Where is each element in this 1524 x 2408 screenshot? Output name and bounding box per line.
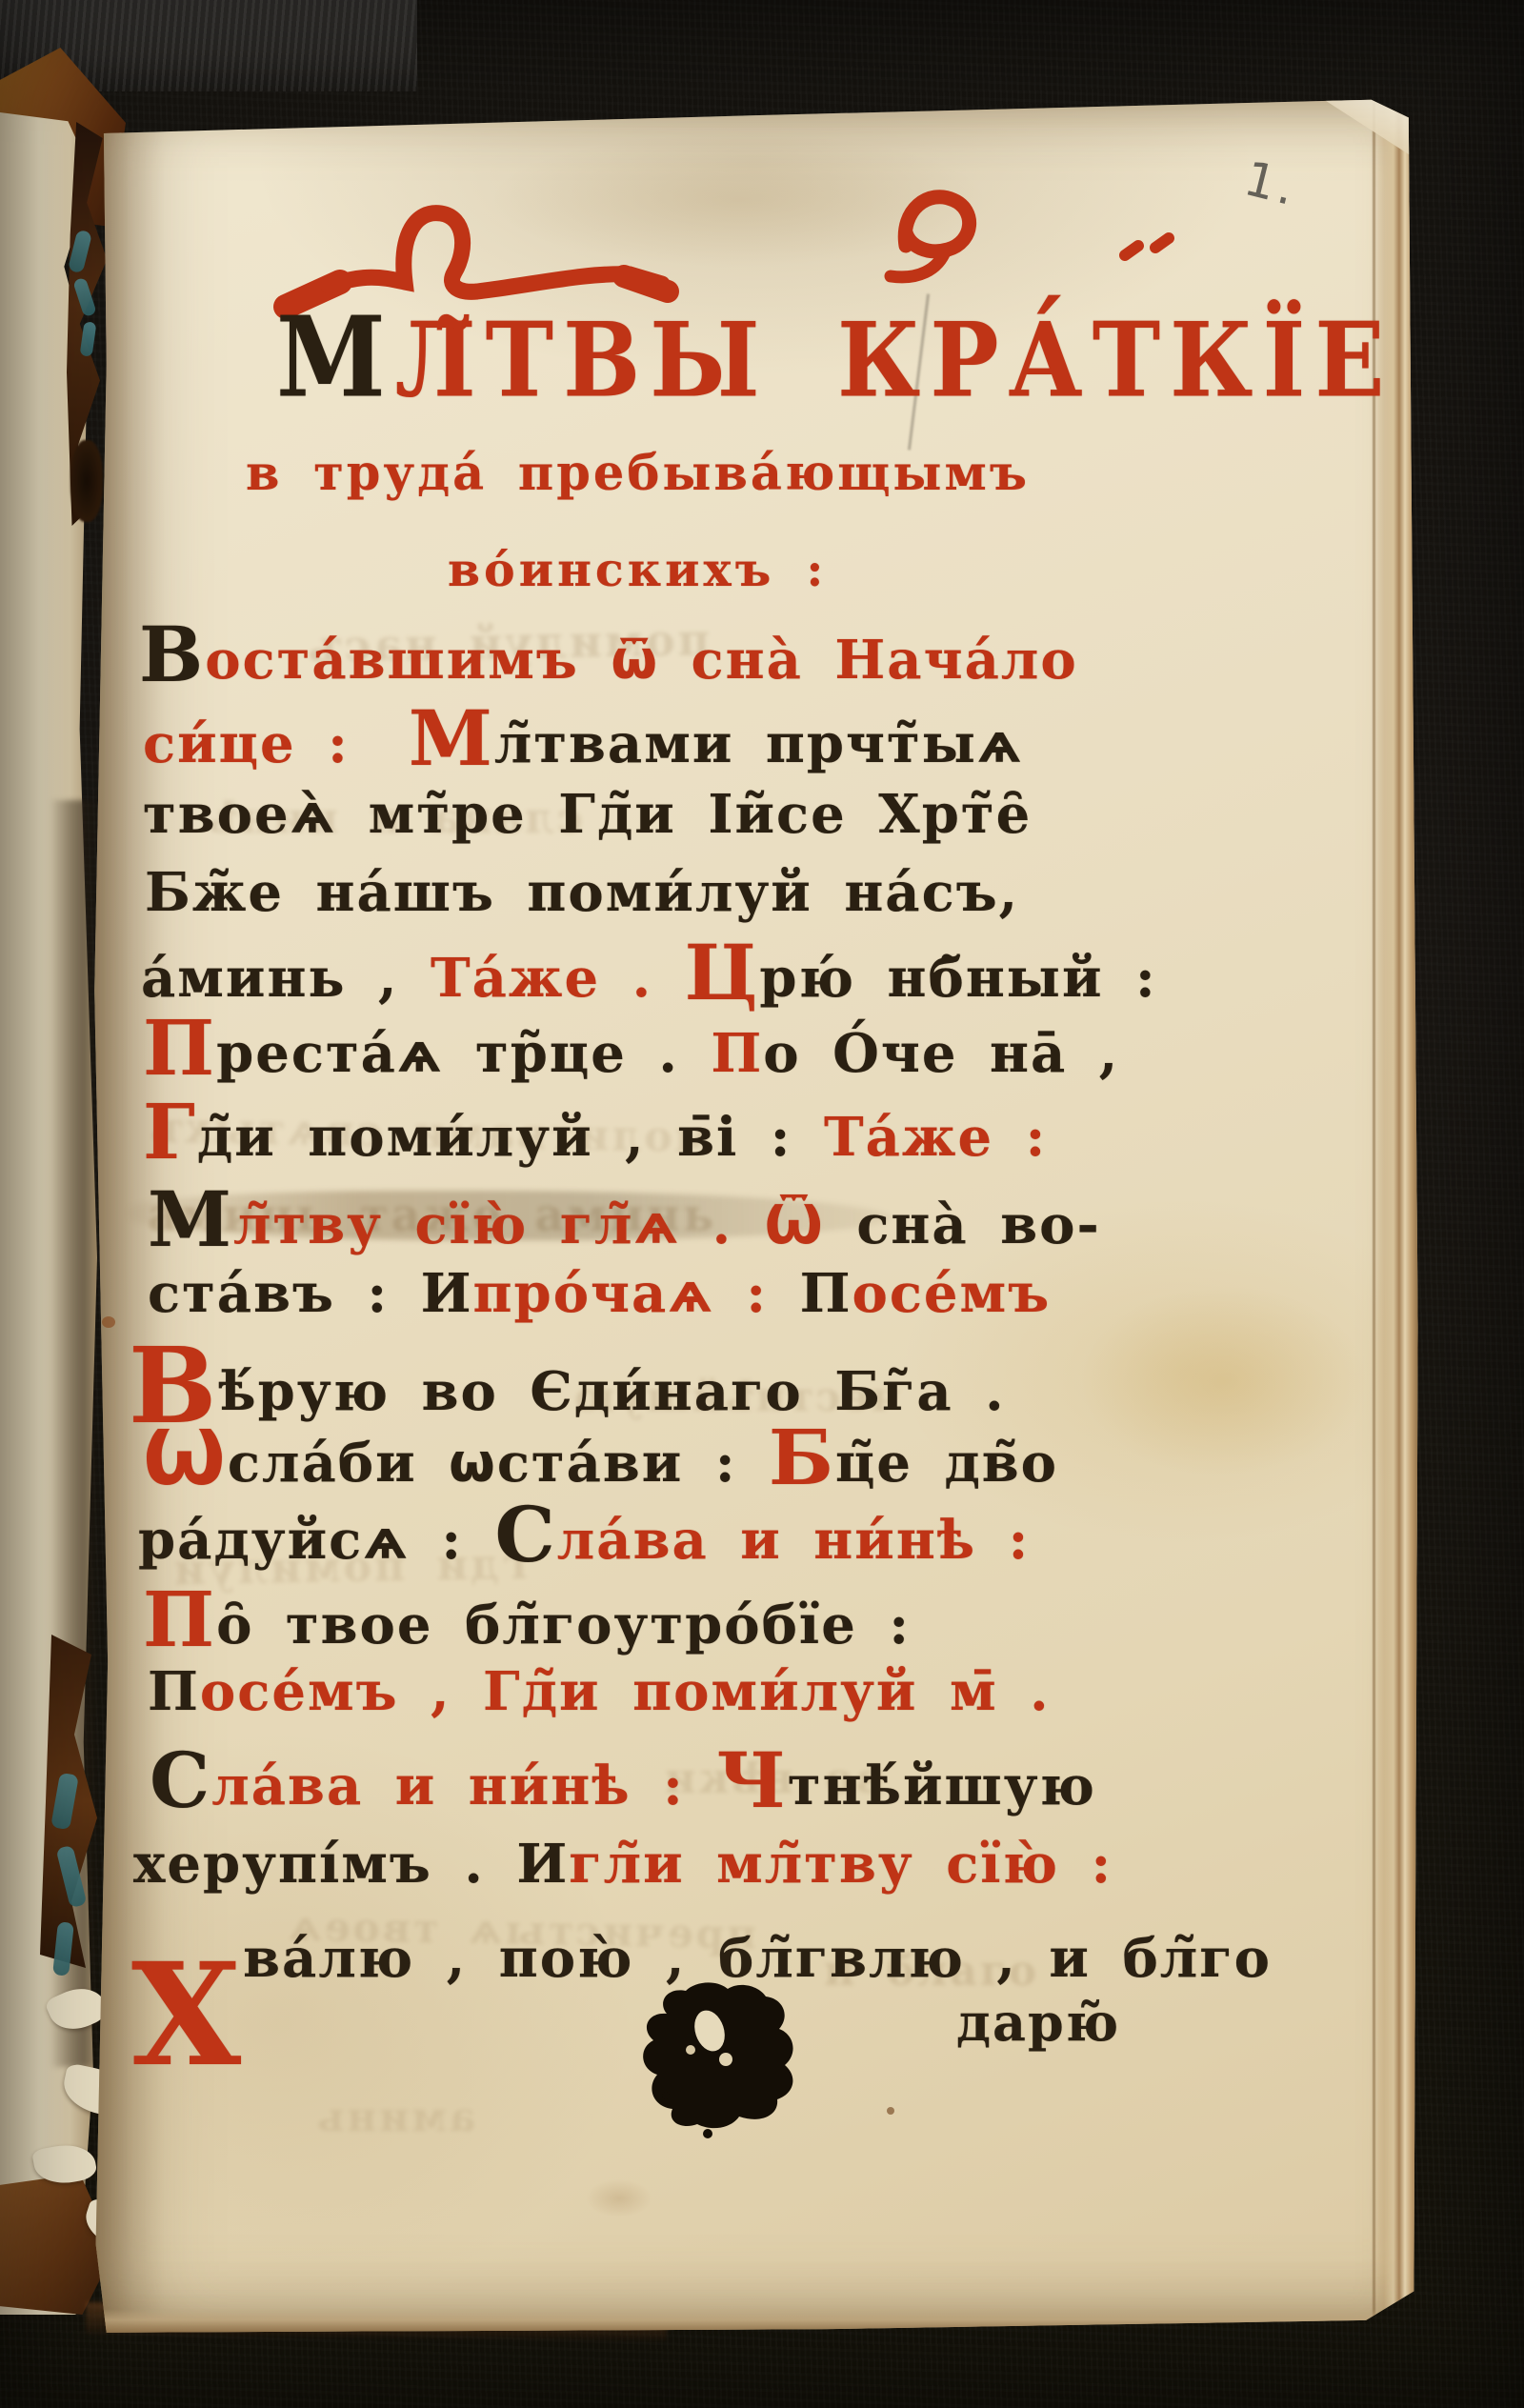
manuscript-line-line-16: херупі́мъ . Игл̃и мл̃тву сїю̀ : [133, 1837, 1113, 1891]
text-segment: П [143, 1003, 216, 1093]
text-segment: херупі́мъ . [133, 1833, 516, 1896]
text-segment: Та́же . [431, 947, 685, 1010]
manuscript-page: помилуй насъслава и нинѣмолитвами свѧтых… [90, 95, 1419, 2334]
text-segment: С [495, 1490, 557, 1579]
manuscript-line-subtitle-1: в труда́ пребыва́ющымъ [246, 450, 1030, 498]
manuscript-line-line-11: Ѡсла́би ѡста́ви : Бц̃е дв̃о [143, 1420, 1058, 1496]
page-edge-ridge [1373, 103, 1375, 2324]
gutter-hole [70, 440, 103, 522]
text-segment: ла́ва и ни́нѣ : [557, 1509, 1031, 1572]
text-segment: ц̃е дв̃о [835, 1432, 1058, 1495]
text-segment: реста́ѧ тр̃це . [216, 1022, 711, 1085]
manuscript-line-line-14: Посе́мъ , Гд̃и поми́луй м̄ . [148, 1665, 1051, 1718]
text-segment: Бж̃е на́шъ поми́луй на́съ, [145, 861, 1019, 924]
rust-spot [887, 2107, 894, 2115]
text-segment: Б [769, 1413, 835, 1502]
text-segment: си́це : [143, 712, 350, 775]
sewing-thread [80, 321, 97, 356]
text-segment: гл̃и мл̃тву сїю̀ : [569, 1833, 1113, 1896]
page-number: 1. [1239, 150, 1304, 217]
text-segment: в труда́ пребыва́ющымъ [246, 445, 1030, 502]
manuscript-line-line-3: твоеѧ̀ мт̃ре Гд̃и Іи̃се Хрт̃е̑ [143, 788, 1032, 841]
text-segment: сла́би ѡста́ви : [228, 1432, 769, 1495]
text-segment: о О́че на̄ , [763, 1022, 1119, 1085]
paper-stain [1081, 1286, 1367, 1476]
bleedthrough-text: аминь [314, 2094, 475, 2140]
text-segment: про́чаѧ : [473, 1262, 800, 1325]
foxing-stain [586, 2179, 652, 2217]
text-segment: л̃твами прчт̃ыѧ [494, 712, 1024, 775]
text-segment: И [516, 1833, 569, 1896]
text-segment: М [276, 293, 395, 423]
page-block-edge [1372, 95, 1419, 2334]
text-segment: тнѣ́йшую [788, 1755, 1096, 1817]
right-flourish-icon [891, 197, 970, 277]
text-segment: С [150, 1736, 211, 1825]
text-segment: во́инскихъ : [448, 542, 827, 597]
text-segment: Л̃ТВЫ КРА́ТКЇЕ [395, 300, 1394, 421]
manuscript-line-line-7: Гд̃и поми́луй , в̄і : Та́же : [143, 1094, 1047, 1171]
manuscript-line-line-8: Мл̃тву сїю̀ гл̃ѧ . Ѿ сна̀ во- [148, 1182, 1101, 1258]
photo-stage: помилуй насъслава и нинѣмолитвами свѧтых… [0, 0, 1524, 2408]
title-dots-icon [1125, 238, 1169, 255]
manuscript-line-line-12: ра́дуйсѧ : Сла́ва и ни́нѣ : [138, 1497, 1030, 1574]
manuscript-line-line-4: Бж̃е на́шъ поми́луй на́съ, [145, 866, 1019, 919]
text-segment: Ч [716, 1736, 788, 1825]
text-segment: П [711, 1022, 763, 1085]
manuscript-line-line-5: а́минь , Та́же . Црю́ нб̃ный : [141, 935, 1157, 1012]
text-segment: твоеѧ̀ мт̃ре Гд̃и Іи̃се Хрт̃е̑ [143, 783, 1032, 846]
manuscript-line-line-2: си́це :Мл̃твами прчт̃ыѧ [143, 701, 1023, 777]
manuscript-line-title: МЛ̃ТВЫ КРА́ТКЇЕ [276, 303, 1394, 413]
text-segment: о̑ твое бл̃гоутро́бїе : [216, 1594, 911, 1656]
text-segment: В [139, 610, 205, 699]
text-segment: ѣ́рую во Єди́наго Бг̃а . [218, 1360, 1005, 1423]
text-segment: Ц [685, 928, 760, 1017]
text-segment: П [148, 1660, 200, 1723]
manuscript-line-line-15: Сла́ва и ни́нѣ : Чтнѣ́йшую [150, 1743, 1096, 1819]
manuscript-line-subtitle-2: во́инскихъ : [448, 547, 827, 593]
manuscript-line-line-6: Преста́ѧ тр̃це . По О́че на̄ , [143, 1011, 1119, 1087]
text-segment: осе́мъ , Гд̃и поми́луй м̄ . [200, 1660, 1051, 1723]
text-segment: М [148, 1174, 233, 1264]
text-segment: ва́лю , пою̀ , бл̃гвлю , и бл̃го [243, 1927, 1272, 1990]
text-segment: И [421, 1262, 473, 1325]
text-segment: д̃и поми́луй , в̄і : [197, 1106, 824, 1169]
text-segment: Та́же : [824, 1106, 1047, 1169]
text-segment: рю́ нб̃ный : [759, 947, 1156, 1010]
text-segment: М [409, 693, 494, 783]
text-segment: Х [131, 1932, 243, 2097]
text-segment: ла́ва и ни́нѣ : [211, 1755, 716, 1817]
text-segment: П [800, 1262, 852, 1325]
text-segment: ра́дуйсѧ : [138, 1509, 495, 1572]
text-segment: сна̀ во- [825, 1194, 1101, 1256]
paper-stain [491, 133, 986, 267]
text-segment: оста́вшимъ ѿ сна̀ Нача́ло [205, 629, 1078, 692]
manuscript-line-line-9: ста́въ : Ипро́чаѧ : Посе́мъ [148, 1267, 1051, 1320]
text-segment: осе́мъ [852, 1262, 1051, 1325]
text-segment: П [143, 1575, 216, 1664]
text-segment: ста́въ : [148, 1262, 421, 1325]
text-segment: л̃тву сїю̀ гл̃ѧ . Ѿ [233, 1194, 825, 1256]
text-segment: дарю̃ [956, 1992, 1120, 2053]
manuscript-line-line-1: Воста́вшимъ ѿ сна̀ Нача́ло [139, 617, 1078, 693]
text-segment: Ѡ [143, 1413, 228, 1502]
page-bottom-edge [96, 2309, 1415, 2334]
text-segment: а́минь , [141, 947, 431, 1010]
manuscript-line-line-13: По̑ твое бл̃гоутро́бїе : [143, 1582, 911, 1658]
manuscript-line-line-18: дарю̃ [956, 1997, 1120, 2048]
text-segment: Г [143, 1087, 197, 1176]
